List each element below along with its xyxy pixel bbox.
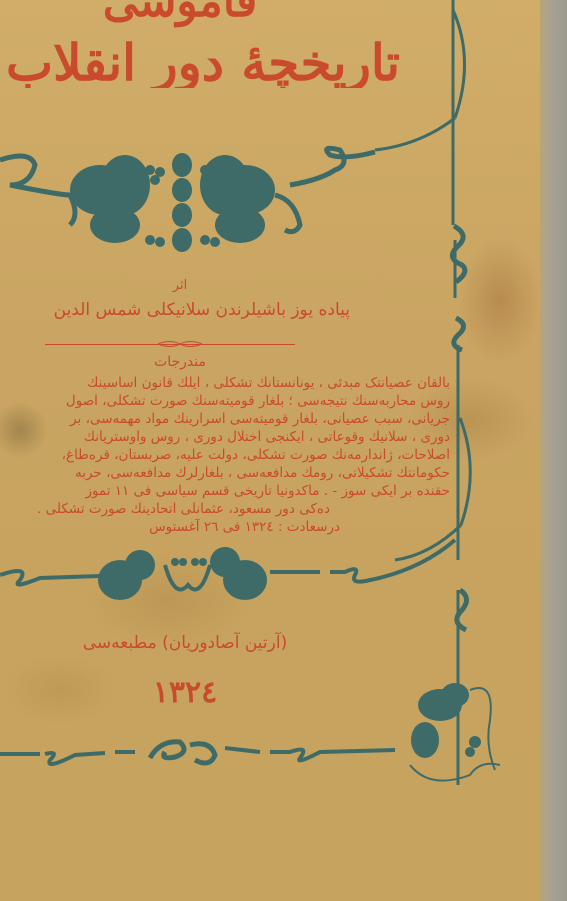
- divider-rule: [45, 344, 295, 345]
- printing-press: (آرتین آصادوریان) مطبعه‌سی: [60, 633, 310, 653]
- title-line-2: تاریخچهٔ دور انقلاب: [0, 38, 400, 88]
- floral-band-icon: [70, 153, 275, 252]
- corner-floral-icon: [411, 683, 481, 758]
- floral-band-icon: [98, 547, 267, 600]
- contents-line: اصلاحات، ژاندارمه‌نك صورت تشکلی، دولت عل…: [0, 446, 450, 464]
- contents-line: جریانی، سبب عصیانی، بلغار قومیته‌سی اسرا…: [0, 410, 450, 428]
- publication-place-date: درسعادت : ۱۳۲٤ فی ۲٦ آغستوس: [0, 518, 450, 536]
- contents-heading: مندرجات: [130, 354, 230, 370]
- author-name: پیاده یوز باشیلرندن سلانیکلی شمس الدین: [0, 300, 350, 320]
- contents-line: بالقان عصیانتک مبدئی ، یونانستانك تشکلی …: [0, 374, 450, 392]
- contents-line: روس محاربه‌سنك نتیجه‌سی ؛ بلغار قومیته‌س…: [0, 392, 450, 410]
- publication-year: ۱۳۲٤: [140, 675, 230, 710]
- author-prefix: اثر: [160, 278, 200, 293]
- contents-line: ده‌کی دور مسعود، عثمانلی اتحادینك صورت ت…: [0, 500, 450, 518]
- contents-line: حکومانتك تشکیلاتی، رومك مدافعه‌سی ، بلغا…: [0, 464, 450, 482]
- title-line-1: قاموسی: [60, 0, 300, 24]
- contents-list: بالقان عصیانتک مبدئی ، یونانستانك تشکلی …: [0, 374, 450, 536]
- contents-line: دوری ، سلانیك وقوعاتی ، ایکنجی اختلال دو…: [0, 428, 450, 446]
- contents-line: حقنده بر ایکی سوز - . ماکدونیا تاریخی قس…: [0, 482, 450, 500]
